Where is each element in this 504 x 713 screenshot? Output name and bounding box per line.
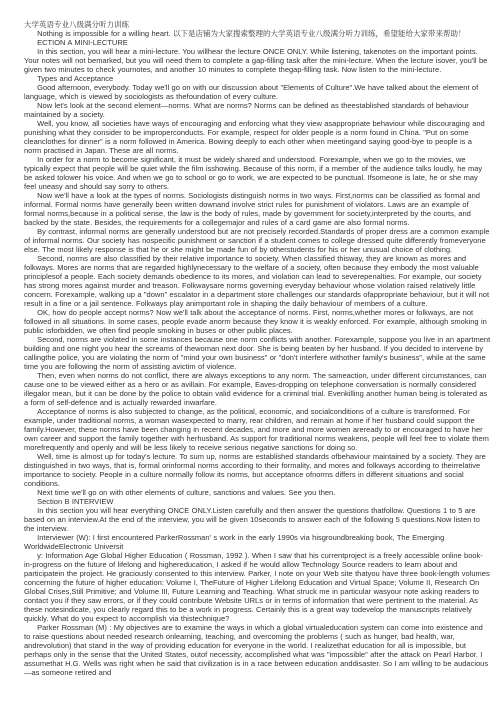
paragraph-section-a-directions: In this section, you will hear a mini-le… bbox=[24, 47, 491, 74]
paragraph: Next time we'll go on with other element… bbox=[24, 488, 491, 497]
paragraph-lecture-title: Types and Acceptance bbox=[24, 74, 491, 83]
paragraph: Good afternoon, everybody. Today we'll g… bbox=[24, 83, 491, 101]
paragraph-interviewee: Parker Rossman (M) : My objectives are t… bbox=[24, 623, 491, 677]
paragraph: Well, you know, all societies have ways … bbox=[24, 119, 491, 155]
paragraph: Second, norms are also classified by the… bbox=[24, 254, 491, 308]
paragraph: In order for a norm to become significan… bbox=[24, 155, 491, 191]
paragraph: Well, time is almost up for today's lect… bbox=[24, 452, 491, 488]
paragraph: OK, how do people accept norms? Now we'l… bbox=[24, 308, 491, 335]
paragraph: Then, even when norms do not conflict, t… bbox=[24, 371, 491, 407]
paragraph: Second, norms are violated in some insta… bbox=[24, 335, 491, 371]
paragraph-interviewer: Interviewer (W): I first encountered Par… bbox=[24, 533, 491, 551]
paragraph-intro-cn: Nothing is impossible for a willing hear… bbox=[24, 29, 491, 38]
paragraph: Now let's look at the second element—nor… bbox=[24, 101, 491, 119]
document-body: Nothing is impossible for a willing hear… bbox=[24, 29, 491, 677]
paragraph: By contrast, informal norms are generall… bbox=[24, 227, 491, 254]
paragraph-section-b-heading: Section B INTERVIEW bbox=[24, 497, 491, 506]
paragraph: Acceptance of norms is also subjected to… bbox=[24, 407, 491, 452]
document-title: 大学英语专业八级满分听力训练 bbox=[24, 20, 491, 29]
document-page: 大学英语专业八级满分听力训练 Nothing is impossible for… bbox=[0, 0, 504, 713]
paragraph: Now we'll have a look at the types of no… bbox=[24, 191, 491, 227]
paragraph-section-b-directions: In this section you will hear everything… bbox=[24, 506, 491, 533]
paragraph-section-a-heading: ECTION A MINI-LECTURE bbox=[24, 38, 491, 47]
paragraph-interviewer-cont: y: Information Age Global Higher Educati… bbox=[24, 551, 491, 623]
